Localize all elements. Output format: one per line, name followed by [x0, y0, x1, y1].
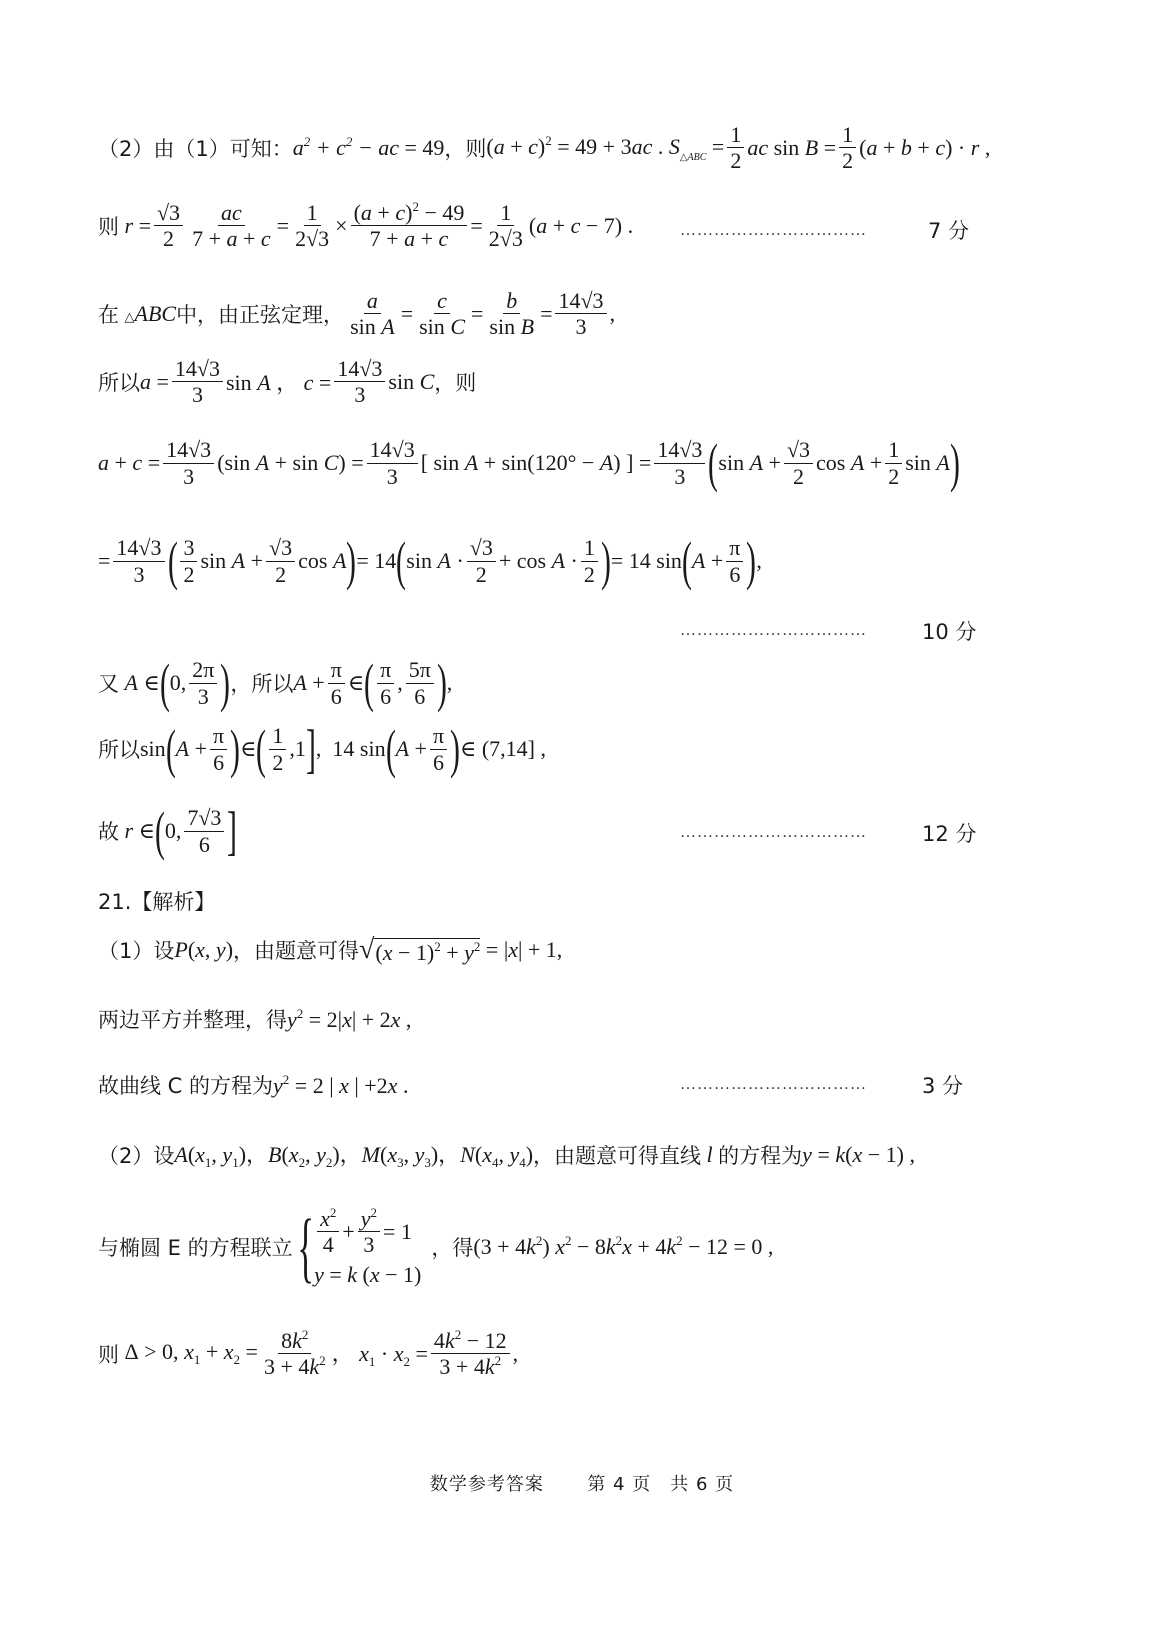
fraction: 12	[269, 723, 286, 775]
q20-p2-line9: 故 r ∈ ( 0, 7√36 ]	[98, 804, 237, 858]
score-7: 7 分	[928, 215, 969, 245]
fraction: 12	[727, 122, 744, 174]
q20-p2-line7: 又 A ∈ ( 0, 2π3 ) ，所以 A + π6 ∈ ( π6 , 5π6…	[98, 656, 452, 710]
fraction: 8k23 + 4k2	[261, 1328, 329, 1380]
q21-heading: 21.【解析】	[98, 886, 215, 916]
q20-p2-line6: = 14√33 ( 32 sin A + √32 cos A ) = 14 ( …	[98, 534, 762, 588]
score-3: 3 分	[922, 1070, 963, 1100]
fraction: 2π3	[189, 657, 217, 709]
q20-p2-line4: 所以 a = 14√33 sin A ， c = 14√33 sin C ，则	[98, 356, 476, 408]
fraction: 12√3	[486, 200, 526, 252]
part-label: （2）由（1）可知：	[98, 133, 293, 163]
math-expr: a2 + c2 − ac	[293, 134, 405, 161]
fraction: asin A	[347, 288, 398, 340]
fraction: 32	[180, 535, 197, 587]
q21-p2-line3: 则 Δ > 0, x1 + x2 = 8k23 + 4k2 ， x1 · x2 …	[98, 1328, 518, 1380]
fraction: 7√36	[184, 805, 224, 857]
fraction: 12	[581, 535, 598, 587]
fraction: √32	[154, 200, 183, 252]
fraction: 14√33	[113, 535, 164, 587]
fraction: 4k2 − 123 + 4k2	[431, 1328, 510, 1380]
fraction: 12√3	[292, 200, 332, 252]
q21-p2-line1: （2）设 A(x1, y1)，B(x2, y2)，M(x3, y3)，N(x4,…	[98, 1138, 915, 1171]
score-12: 12 分	[922, 818, 976, 848]
score-10: 10 分	[922, 616, 976, 646]
fraction: π6	[726, 535, 743, 587]
fraction: 14√33	[367, 437, 418, 489]
q20-p2-line5: a + c = 14√33 (sin A + sin C) = 14√33 [ …	[98, 436, 960, 490]
fraction: √32	[467, 535, 496, 587]
fraction: 5π6	[406, 657, 434, 709]
q21-p1-line1: （1）设 P(x, y) ，由题意可得 √(x − 1)2 + y2 = |x|…	[98, 934, 562, 966]
q20-p2-line3: 在 △ABC 中，由正弦定理， asin A = csin C = bsin B…	[98, 288, 615, 340]
fraction: 14√33	[163, 437, 214, 489]
fraction: 14√33	[555, 288, 606, 340]
score-leader: ……………………………	[680, 1076, 867, 1094]
q21-p2-line2: 与椭圆 E 的方程联立 { x24 + y23 = 1 y = k (x − 1…	[98, 1206, 773, 1288]
q21-p1-line2: 两边平方并整理，得 y2 = 2|x| + 2x ,	[98, 1004, 411, 1034]
fraction: √32	[784, 437, 813, 489]
fraction: √32	[266, 535, 295, 587]
square-root: √(x − 1)2 + y2	[359, 934, 480, 966]
system-brace: {	[297, 1208, 314, 1286]
fraction: π6	[210, 723, 227, 775]
q20-p2-line2: 则 r = √32 ac7 + a + c = 12√3 × (a + c)2 …	[98, 200, 633, 252]
fraction: 14√33	[172, 356, 223, 408]
text-then: ，则	[444, 133, 486, 163]
fraction: 12	[885, 437, 902, 489]
score-leader: ……………………………	[680, 622, 867, 640]
page-footer: 数学参考答案 第 4 页 共 6 页	[0, 1470, 1164, 1496]
q20-p2-line1: （2）由（1）可知： a2 + c2 − ac = 49 ，则 (a + c)2…	[98, 122, 990, 174]
fraction: ac7 + a + c	[189, 200, 274, 252]
q20-p2-line8: 所以 sin ( A + π6 ) ∈ ( 12 ,1 ] , 14 sin (…	[98, 722, 546, 776]
footer-subject: 数学参考答案	[430, 1474, 544, 1495]
fraction: π6	[377, 657, 394, 709]
footer-page-label: 第 4 页 共 6 页	[587, 1474, 734, 1495]
equation-system: x24 + y23 = 1 y = k (x − 1)	[314, 1206, 421, 1288]
fraction: π6	[430, 723, 447, 775]
fraction: 14√33	[334, 356, 385, 408]
q21-p1-line3: 故曲线 C 的方程为 y2 = 2 | x | +2x .	[98, 1070, 408, 1100]
fraction: (a + c)2 − 497 + a + c	[351, 200, 468, 252]
fraction: csin C	[416, 288, 468, 340]
score-leader: ……………………………	[680, 824, 867, 842]
fraction: 14√33	[654, 437, 705, 489]
fraction: 12	[839, 122, 856, 174]
fraction: bsin B	[486, 288, 537, 340]
fraction: π6	[328, 657, 345, 709]
score-leader: ……………………………	[680, 222, 867, 240]
math-expr: (a + c)2 = 49 + 3ac . S△ABC =	[486, 133, 724, 163]
